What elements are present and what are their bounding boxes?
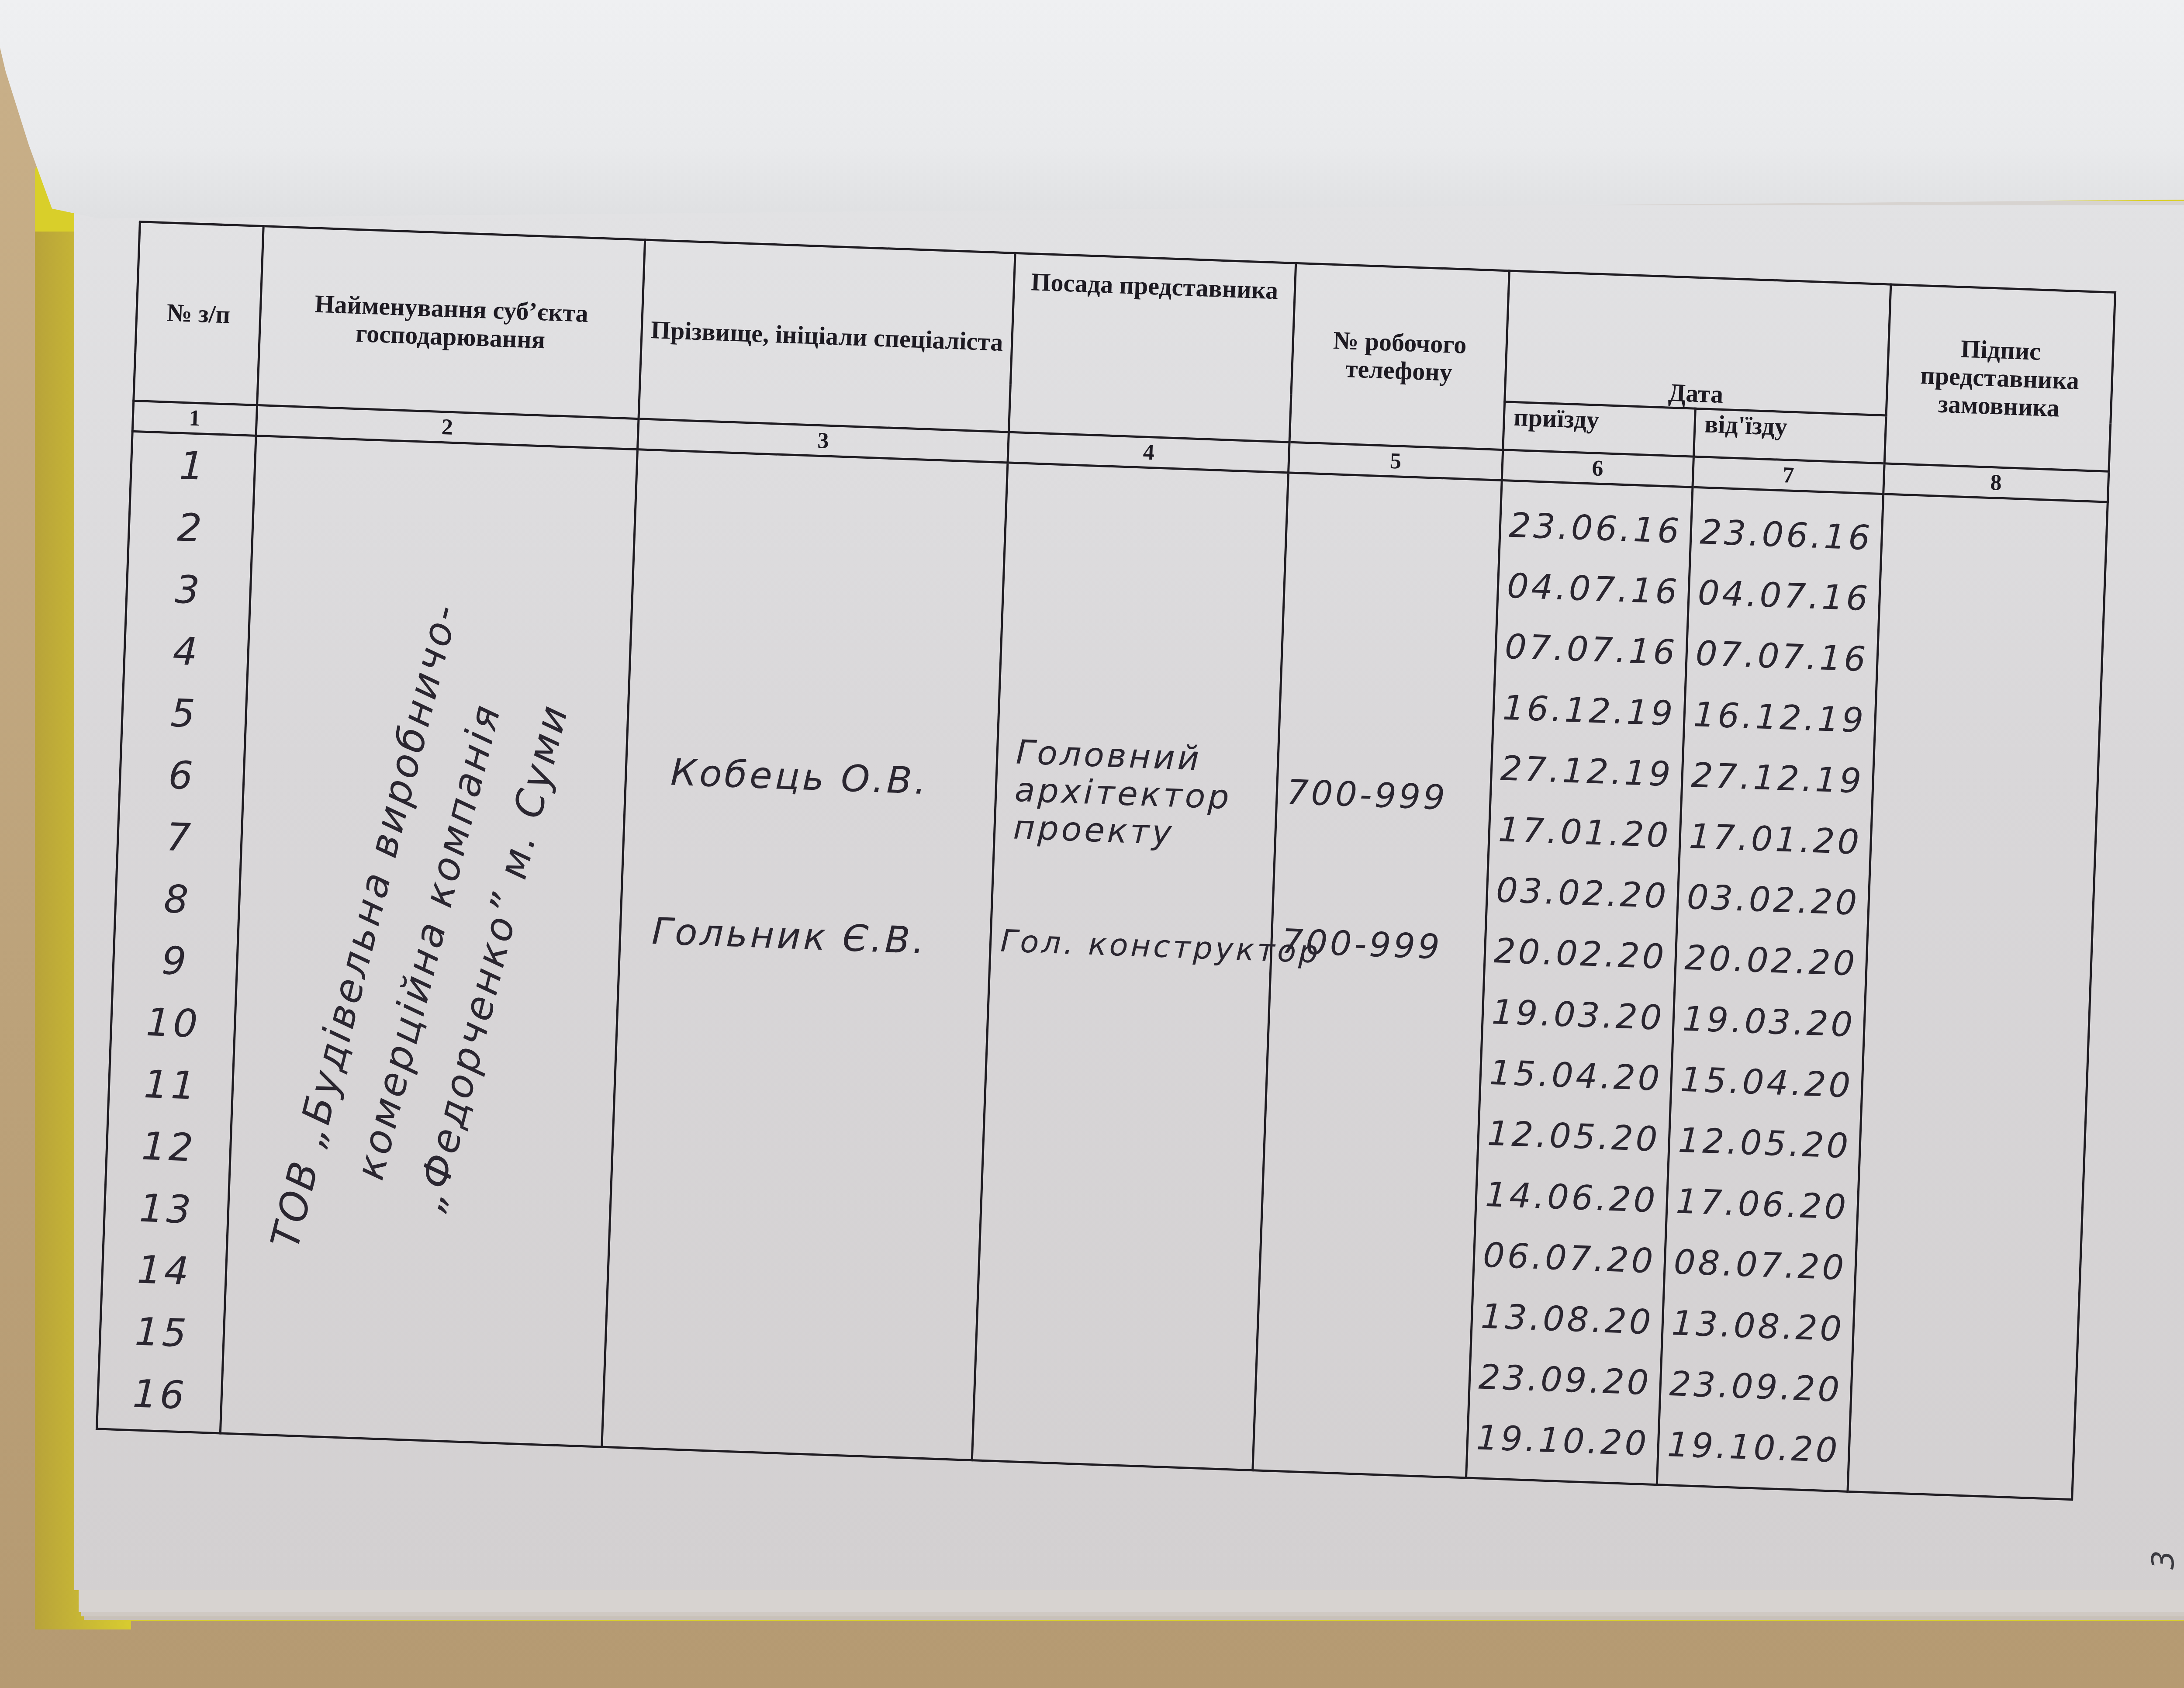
arrival-date: 23.06.16 [1500,505,1690,551]
departure-date: 19.10.20 [1659,1425,1849,1471]
row-number: 16 [98,1370,221,1419]
arrival-dates-cell: 23.06.1604.07.1607.07.1616.12.1927.12.19… [1466,480,1693,1484]
header-departure: від'їзду [1693,408,1886,464]
arrival-date: 03.02.20 [1487,870,1677,916]
arrival-date: 16.12.19 [1494,688,1684,734]
header-arrival: приїзду [1503,402,1695,457]
previous-page-flap [0,0,2184,218]
arrival-date: 19.03.20 [1483,992,1673,1038]
row-number: 9 [114,937,237,986]
signature-cell[interactable] [1848,494,2108,1500]
row-number: 4 [125,627,248,676]
arrival-date: 06.07.20 [1474,1235,1664,1281]
arrival-date: 15.04.20 [1481,1053,1671,1099]
header-signature: Підпис представника замовника [1884,284,2115,471]
position-cell: Головний архітектор проекту Гол. констру… [972,463,1289,1470]
row-number: 5 [123,689,245,738]
row-number: 15 [100,1308,223,1357]
departure-date: 20.02.20 [1676,938,1866,984]
row-number: 2 [129,503,252,553]
departure-date: 16.12.19 [1685,695,1875,740]
departure-date: 08.07.20 [1665,1242,1855,1288]
departure-date: 03.02.20 [1678,877,1868,923]
row-number: 1 [131,441,254,491]
departure-date: 19.03.20 [1674,999,1864,1045]
arrival-date: 27.12.19 [1492,749,1682,795]
column-number: 1 [132,401,257,436]
departure-date: 04.07.16 [1689,573,1879,619]
arrival-date: 12.05.20 [1479,1114,1669,1160]
header-date: Дата [1504,271,1890,415]
row-number: 11 [110,1060,232,1110]
arrival-date: 23.09.20 [1470,1357,1660,1403]
departure-date: 12.05.20 [1669,1121,1859,1166]
phone-cell: 700-999 700-999 [1253,473,1502,1478]
arrival-date: 19.10.20 [1468,1418,1658,1464]
phone-number: 700-999 [1286,773,1448,818]
page-number: 3 [2145,1550,2181,1570]
header-specialist: Прізвище, ініціали спеціаліста [639,240,1016,432]
arrival-date: 17.01.20 [1489,809,1679,855]
departure-dates-cell: 23.06.1604.07.1607.07.1616.12.1927.12.19… [1657,487,1883,1491]
row-number: 7 [118,813,241,862]
entity-cell: ТОВ „Будівельна виробничо- комерційна ко… [220,436,637,1447]
row-number: 10 [112,998,235,1048]
specialist-name: Кобець О.В. [670,751,930,802]
entity-name: ТОВ „Будівельна виробничо- комерційна ко… [243,557,614,1325]
header-phone: № робочого телефону [1289,263,1509,450]
specialist-cell: Кобець О.В. Гольник Є.В. [602,450,1008,1460]
visit-log-table: № з/п Найменування суб’єкта господарюван… [96,221,2116,1501]
arrival-date: 14.06.20 [1476,1175,1666,1221]
specialist-position: Головний архітектор проекту [1013,733,1253,854]
visit-log-table-wrapper: № з/п Найменування суб’єкта господарюван… [96,221,2116,1501]
arrival-date: 20.02.20 [1485,931,1675,977]
row-number: 14 [103,1246,225,1295]
departure-date: 23.09.20 [1661,1364,1851,1410]
arrival-date: 07.07.16 [1496,627,1686,673]
row-number: 8 [116,875,239,924]
phone-number: 700-999 [1281,922,1443,967]
departure-date: 23.06.16 [1691,512,1881,558]
departure-date: 13.08.20 [1663,1303,1853,1349]
row-number: 6 [121,751,243,800]
header-entity: Найменування суб’єкта господарювання [257,226,645,419]
row-number: 13 [105,1184,228,1233]
departure-date: 07.07.16 [1687,634,1877,680]
departure-date: 15.04.20 [1672,1060,1862,1106]
specialist-name: Гольник Є.В. [651,910,928,962]
departure-date: 27.12.19 [1683,756,1873,802]
header-no: № з/п [134,222,263,405]
arrival-date: 13.08.20 [1472,1296,1662,1342]
departure-date: 17.01.20 [1680,816,1870,862]
header-position: Посада представника [1009,253,1296,442]
departure-date: 17.06.20 [1667,1182,1857,1228]
arrival-date: 04.07.16 [1498,566,1688,612]
row-number: 3 [127,565,250,614]
row-number: 12 [107,1122,230,1172]
